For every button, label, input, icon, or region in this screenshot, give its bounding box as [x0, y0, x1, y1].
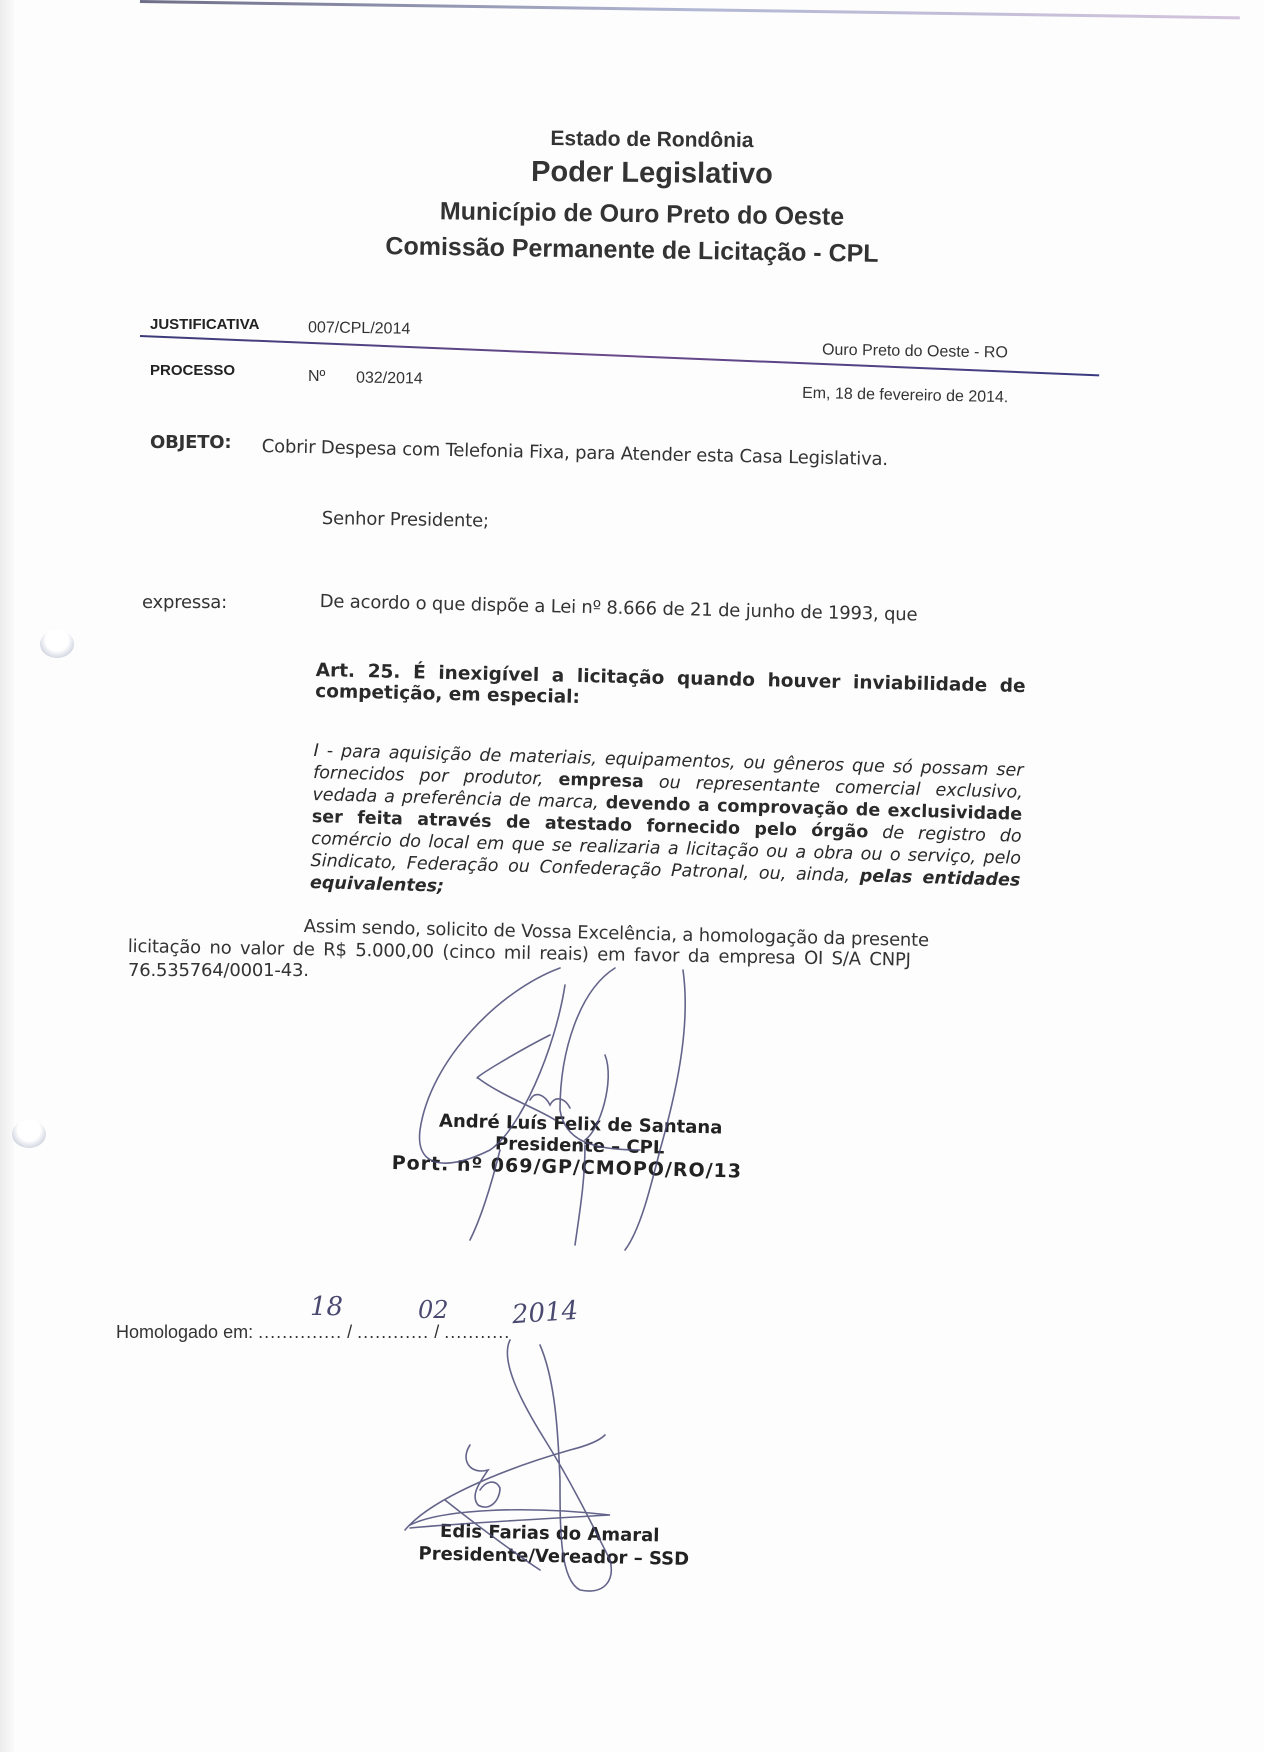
justificativa-label: JUSTIFICATIVA [150, 316, 259, 333]
header-branch: Poder Legislativo [0, 150, 1264, 196]
objeto-text: Cobrir Despesa com Telefonia Fixa, para … [262, 436, 889, 470]
location: Ouro Preto do Oeste - RO [822, 342, 1008, 363]
handwritten-day: 18 [310, 1292, 343, 1322]
homologation-month-dots: ............ [357, 1322, 429, 1342]
law-intro: De acordo o que dispõe a Lei nº 8.666 de… [320, 591, 918, 626]
document-date: Em, 18 de fevereiro de 2014. [802, 385, 1009, 407]
handwritten-year: 2014 [511, 1296, 579, 1331]
objeto-label: OBJETO: [150, 432, 231, 453]
salutation: Senhor Presidente; [322, 508, 489, 532]
signatory-2-role: Presidente/Vereador – SSD [404, 1543, 704, 1570]
inciso-bold-empresa: empresa [558, 770, 644, 792]
processo-no-label: Nº [308, 368, 325, 386]
request-line-3: 76.535764/0001-43. [128, 960, 309, 981]
scan-artifact-line [140, 0, 1240, 19]
processo-label: PROCESSO [150, 362, 235, 379]
homologation-label: Homologado em: [116, 1322, 253, 1342]
homologation-year-dots: ........... [444, 1322, 510, 1342]
law-intro-continued: expressa: [142, 592, 227, 613]
homologation-line: Homologado em: .............. / ........… [116, 1322, 510, 1343]
handwritten-month: 02 [418, 1296, 449, 1324]
date-separator: / [347, 1322, 352, 1342]
processo-value: 032/2014 [356, 370, 423, 389]
homologation-day-dots: .............. [258, 1322, 342, 1342]
date-separator: / [434, 1322, 439, 1342]
punch-hole [12, 1120, 46, 1148]
article-25-title: Art. 25. É inexigível a licitação quando… [315, 660, 1026, 718]
punch-hole [40, 630, 74, 658]
article-25-inciso-i: I - para aquisição de materiais, equipam… [310, 740, 1024, 914]
justificativa-value: 007/CPL/2014 [308, 319, 411, 338]
scan-edge [0, 0, 14, 1752]
